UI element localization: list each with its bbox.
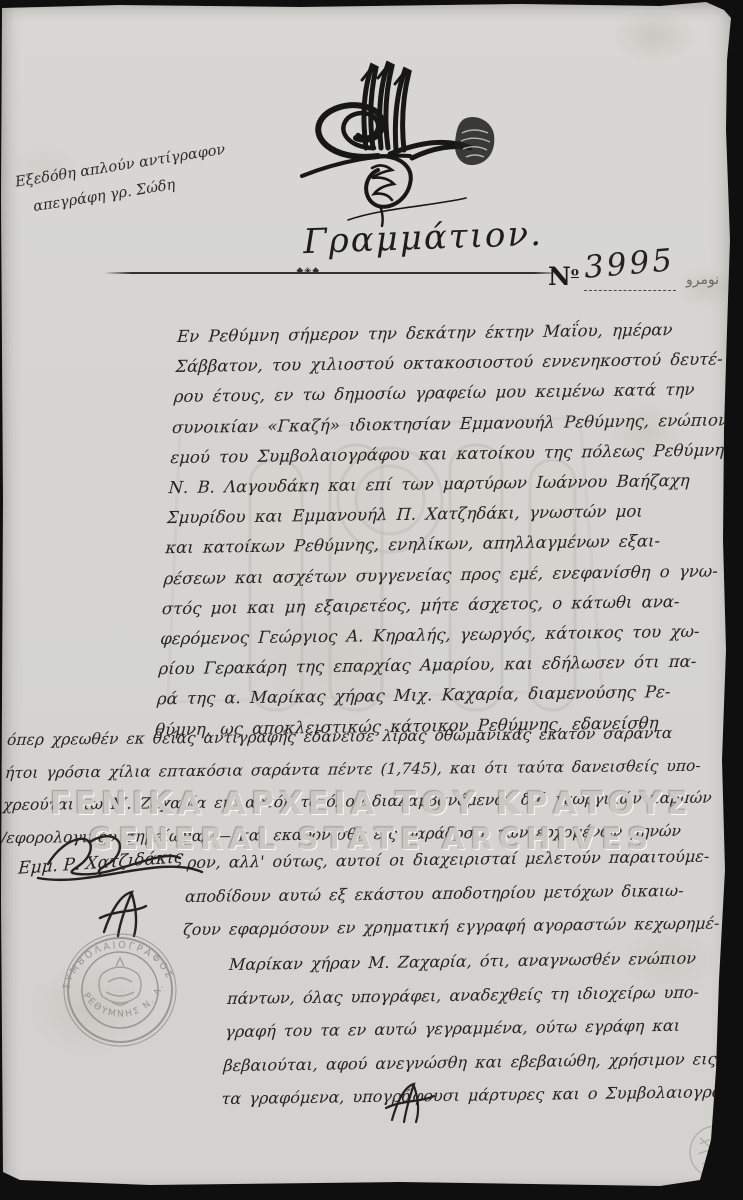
handwritten-body-block-4: Μαρίκαν χήραν Μ. Ζαχαρία, ότι, αναγνωσθέ… [221,941,735,1116]
handwritten-line: τα γραφόμενα, υπογράφουσι μάρτυρες και ο… [221,1075,728,1116]
number-value: 3995 [583,242,677,286]
ottoman-stamp-icon [452,115,498,167]
closing-monogram [382,1082,438,1126]
document-title: Γραμμάτιον. [287,213,558,262]
scanned-page: Εξεδόθη απλούν αντίγραφον απεγράφη γρ. Σ… [0,0,743,1200]
seal-text-bottom: ΡΕΘΥΜΝΗΣ Ν. Α. [81,982,167,1020]
divider-ornament-icon: ◆◈◆ [296,266,320,276]
corner-annotation: Εξεδόθη απλούν αντίγραφον απεγράφη γρ. Σ… [13,131,268,223]
svg-text:ΡΕΘΥΜΝΗΣ Ν. Α.: ΡΕΘΥΜΝΗΣ Ν. Α. [81,982,167,1020]
document-number: No 3995 نومرو [548,252,738,302]
handwritten-body-block-3: ρον, αλλ' ούτως, αυτοί οι διαχειρισταί μ… [182,839,736,946]
notary-seal: ΣΥΜΒΟΛΑΙΟΓΡΑΦΟΣ ΡΕΘΥΜΝΗΣ Ν. Α. [42,928,198,1054]
number-ottoman-word: نومرو [686,272,719,288]
handwritten-body-block-1: Εν Ρεθύμνη σήμερον την δεκάτην έκτην Μαΐ… [154,314,738,745]
faint-corner-stamp [686,1120,743,1184]
handwritten-line: ζουν εφαρμόσουν εν χρηματική εγγραφή αγο… [182,906,732,946]
watermark-greek: ΓΕΝΙΚΑ ΑΡΧΕΙΑ ΤΟΥ ΚΡΑΤΟΥΣ [0,786,743,822]
number-underline [584,290,676,291]
paper-sheet: Εξεδόθη απλούν αντίγραφον απεγράφη γρ. Σ… [0,0,743,1200]
seal-emblem-icon [99,958,141,1005]
number-label: No [548,262,579,291]
title-divider: ◆◈◆ [104,269,562,275]
